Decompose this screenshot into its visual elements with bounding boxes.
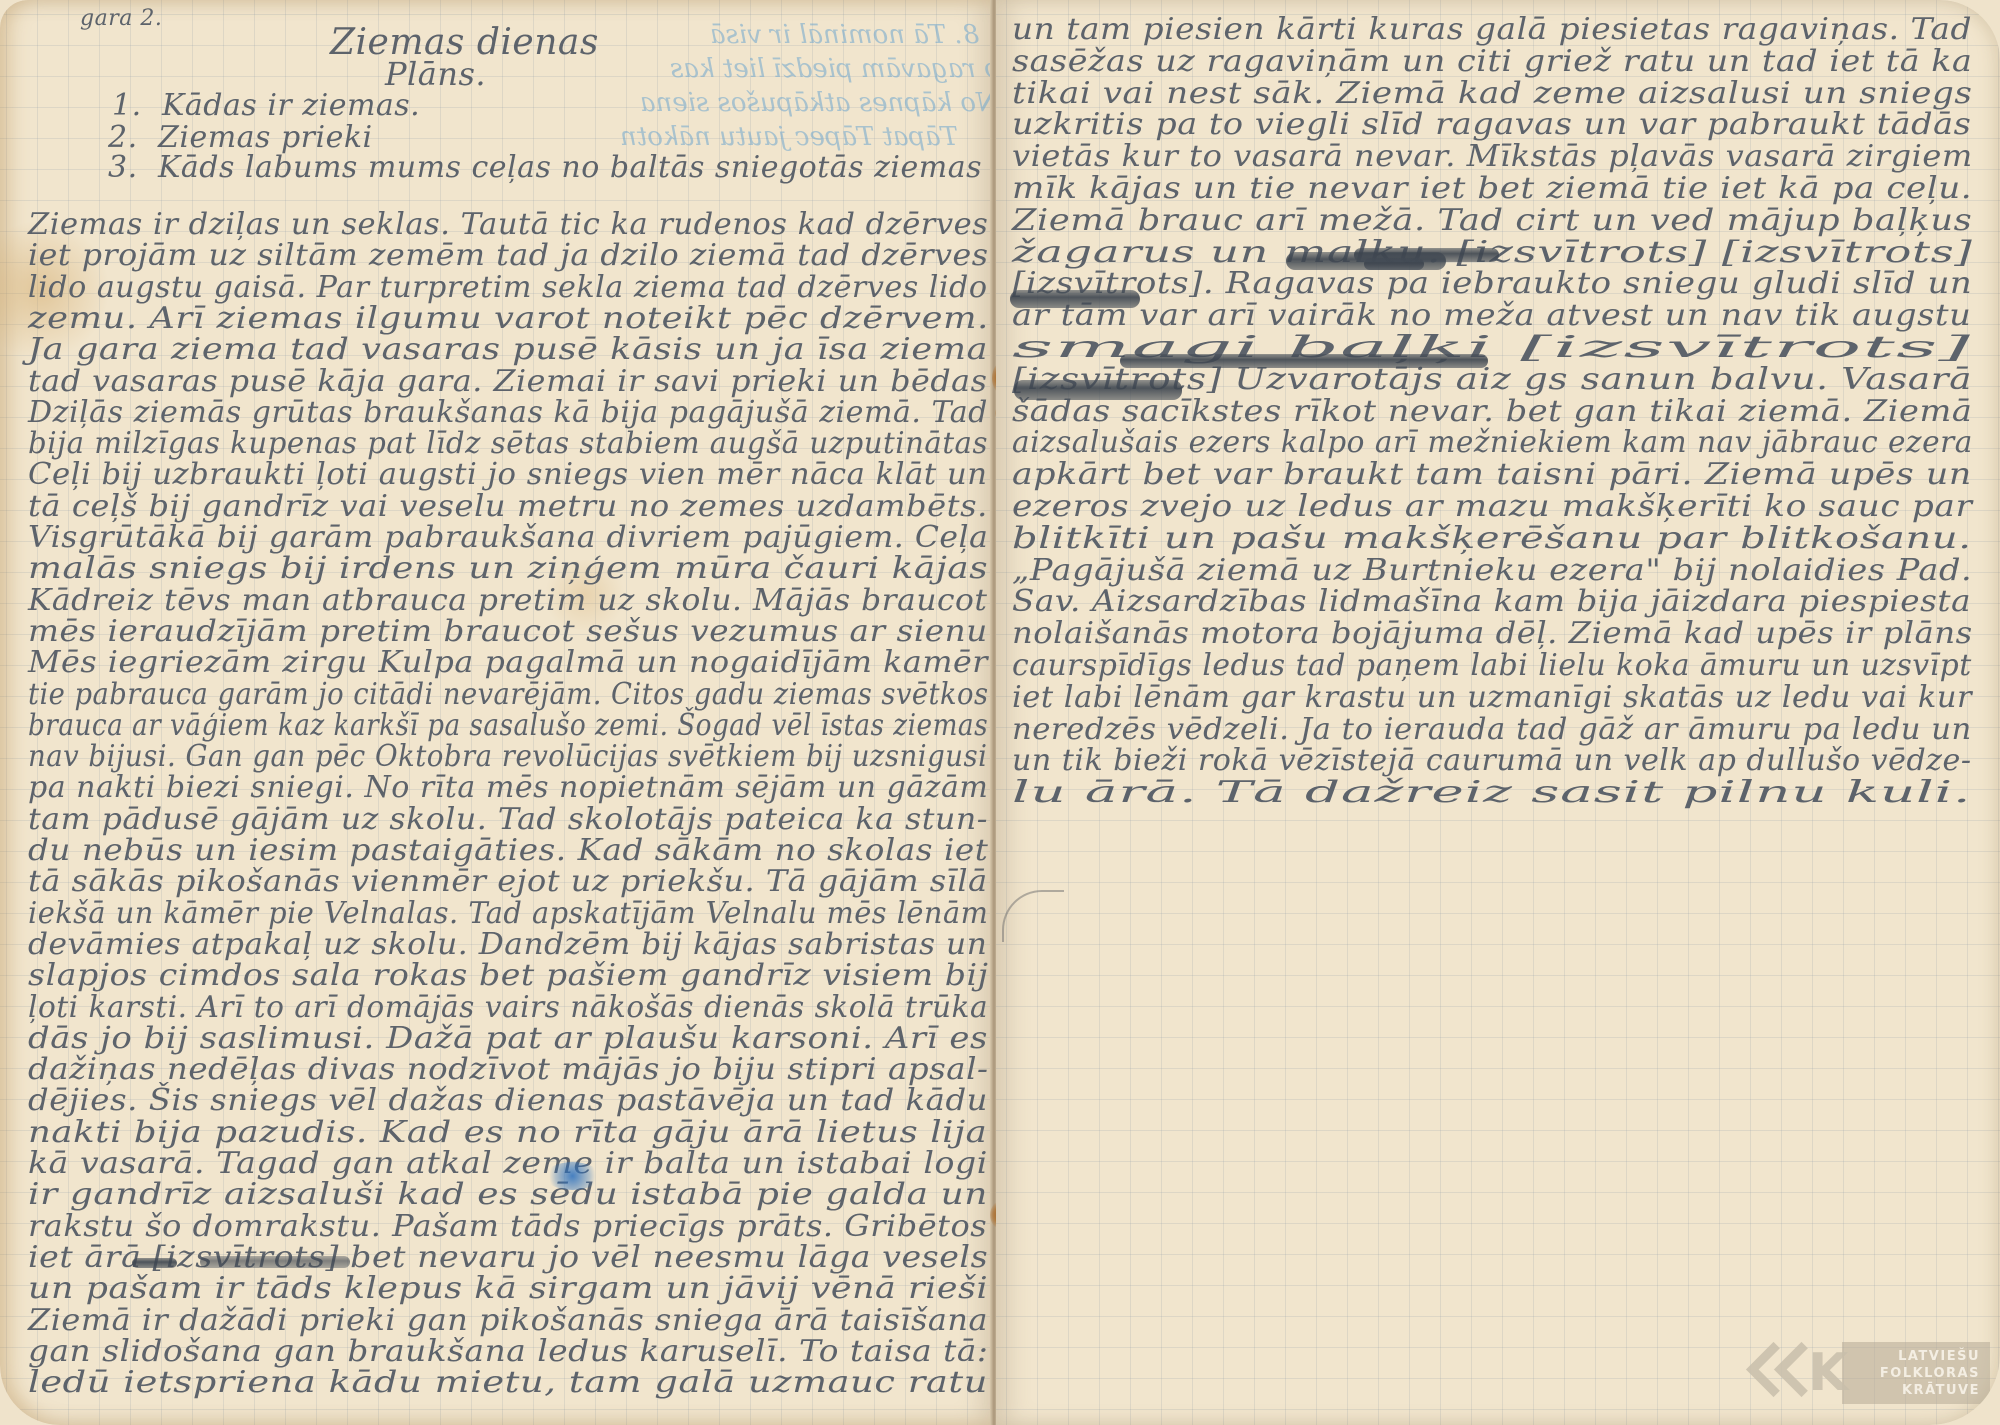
plan-item-number: 1. — [112, 88, 162, 123]
plan-item: 1.Kādas ir ziemas. — [112, 88, 420, 123]
left-page: 8. Tā nomināl ir visā No ragavām piedzī … — [0, 0, 994, 1425]
watermark-line: FOLKLORAS — [1880, 1365, 1980, 1382]
right-page: un tam piesien kārti kuras galā piesieta… — [996, 0, 2000, 1425]
crossed-out-text — [200, 1256, 350, 1268]
ink-blot — [545, 1162, 600, 1190]
crossed-out-text — [132, 1258, 177, 1268]
bleed-text: 8. Tā nomināl ir visā — [710, 20, 979, 50]
handwritten-line: lu ārā. Tā dažreiz sasit pilnu kuli. — [1012, 773, 1971, 813]
plan-item-text: Kādas ir ziemas. — [162, 88, 420, 123]
page-marker: gara 2. — [80, 6, 162, 31]
crossed-out-text — [1120, 354, 1488, 368]
crossed-out-text — [1010, 290, 1140, 308]
bleed-text: No kāpnes atkāpušos siena — [640, 88, 994, 118]
plan-item: 3.Kāds labums mums ceļas no baltās snieg… — [108, 150, 982, 185]
handwritten-line: ledū ietspriena kādu mietu, tam galā uzm… — [28, 1363, 988, 1403]
bleed-text: No ragavām piedzī liet kas — [670, 54, 994, 84]
watermark-line: LATVIEŠU — [1898, 1348, 1980, 1365]
archive-logo-icon: K — [1742, 1342, 1842, 1404]
plan-item-text: Kāds labums mums ceļas no baltās sniegot… — [158, 150, 982, 185]
watermark-line: KRĀTUVE — [1902, 1382, 1980, 1399]
bleed-text: Tāpat Tāpec jautu nākotn — [620, 122, 958, 152]
archive-watermark: K LATVIEŠU FOLKLORAS KRĀTUVE — [1742, 1342, 1990, 1404]
crossed-out-text — [1354, 248, 1499, 262]
archive-name: LATVIEŠU FOLKLORAS KRĀTUVE — [1842, 1342, 1990, 1404]
crossed-out-text — [1014, 380, 1182, 400]
pencil-mark — [1002, 890, 1064, 942]
plan-item-number: 3. — [108, 150, 158, 185]
notebook-spread: 8. Tā nomināl ir visā No ragavām piedzī … — [0, 0, 2000, 1425]
